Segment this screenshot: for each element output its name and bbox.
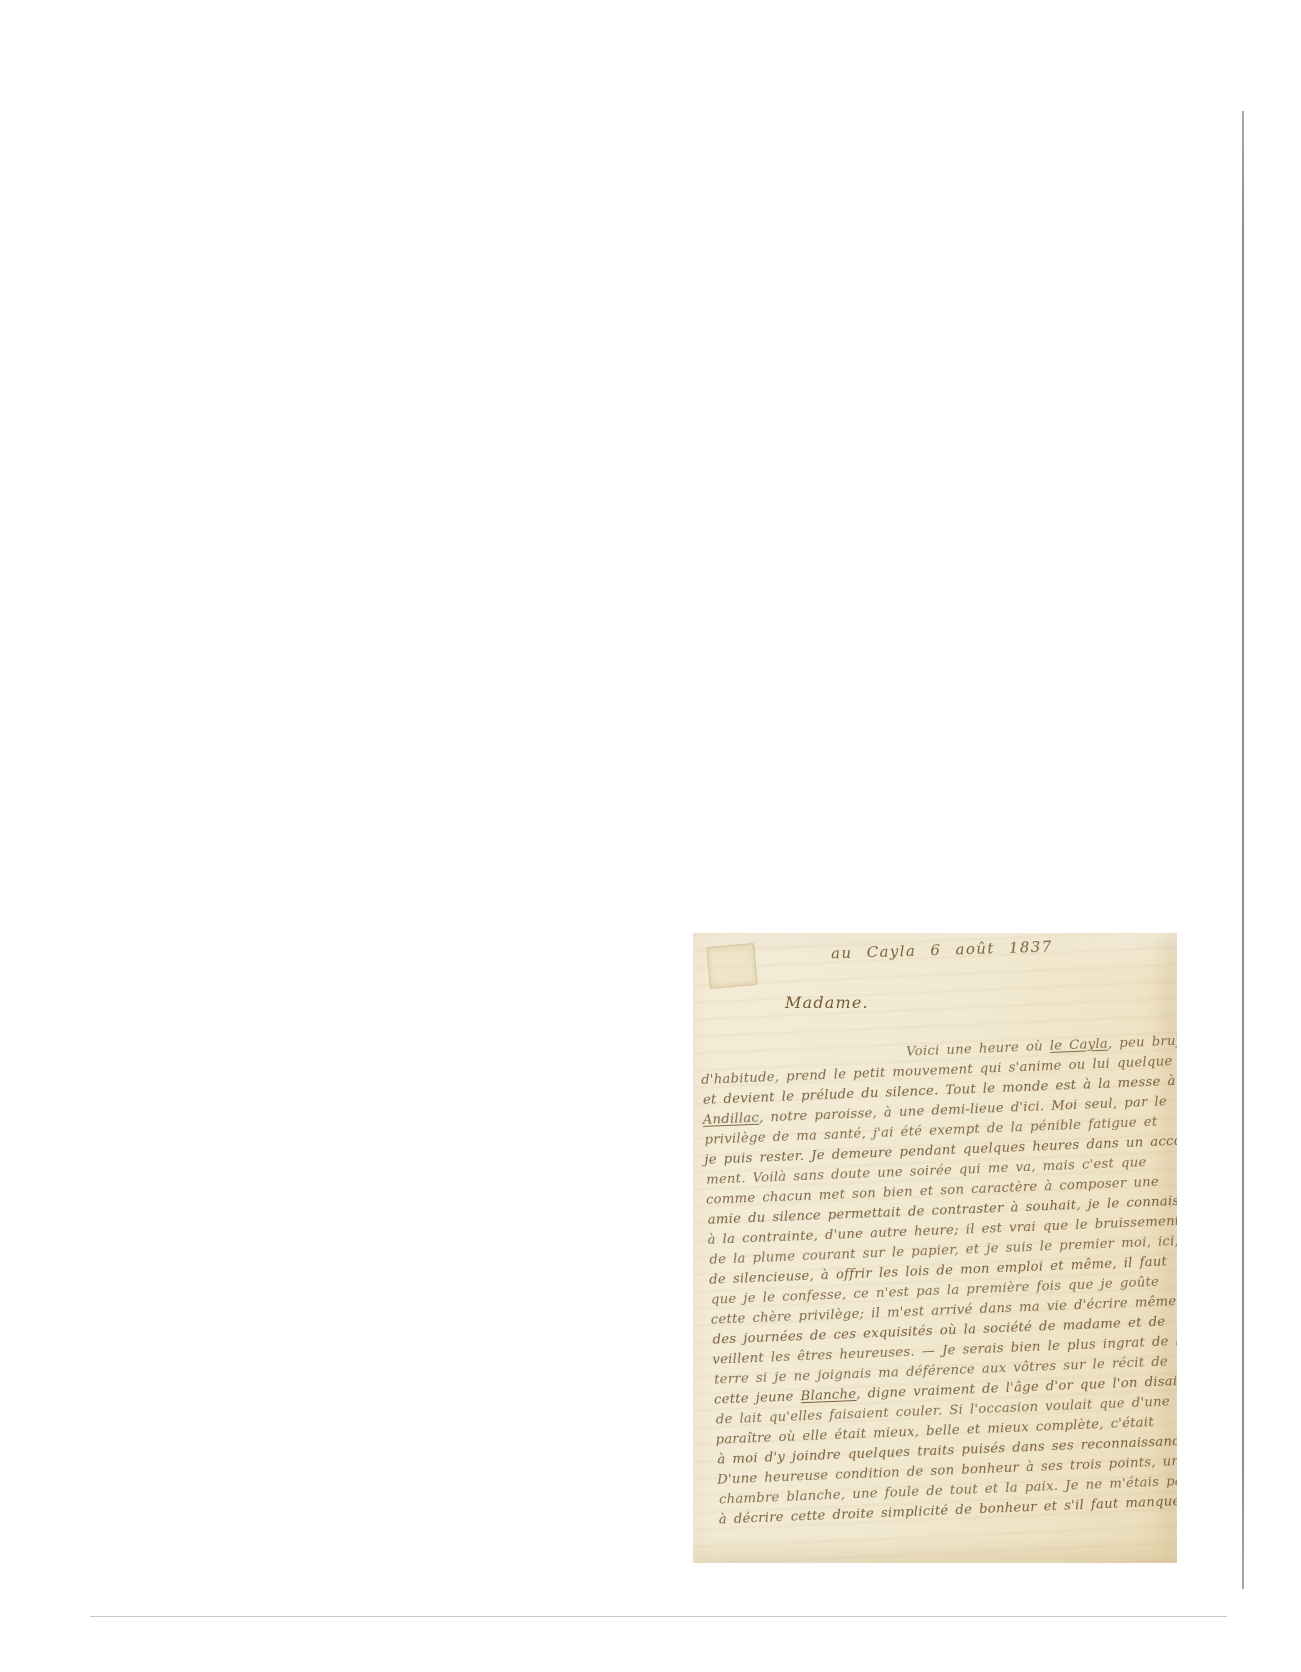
letter-body: Voici une heure où le Cayla, peu bruyant…	[700, 1032, 1177, 1531]
letter-scan-image[interactable]: au Cayla 6 août 1837 Madame. Voici une h…	[693, 933, 1177, 1563]
embossed-stamp-mark	[706, 943, 757, 989]
letter-dateline: au Cayla 6 août 1837	[831, 938, 1053, 963]
page-canvas: au Cayla 6 août 1837 Madame. Voici une h…	[0, 0, 1301, 1672]
footer-divider	[90, 1616, 1227, 1617]
letter-salutation: Madame.	[785, 993, 869, 1012]
right-vertical-rule	[1242, 111, 1244, 1589]
